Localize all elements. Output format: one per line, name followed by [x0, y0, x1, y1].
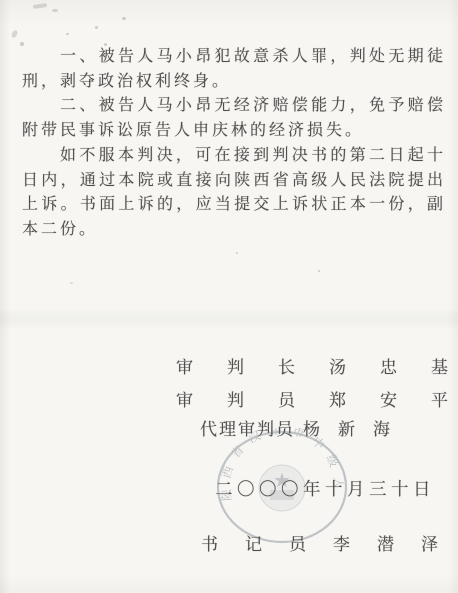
noise-speck: [70, 282, 73, 284]
noise-speck: [236, 252, 238, 254]
judge-name: 汤忠基: [329, 358, 458, 377]
role-label: 代理审判员: [200, 420, 295, 439]
clerk-row: 书记员李潜泽: [201, 530, 438, 555]
judge-name: 郑安平: [329, 391, 458, 410]
signature-row-judge: 审判员郑安平: [176, 386, 448, 411]
noise-speck: [66, 33, 69, 35]
judge-name: 杨新海: [303, 420, 408, 439]
role-label: 书记员: [201, 535, 333, 554]
noise-speck: [122, 17, 126, 20]
noise-speck: [52, 9, 58, 12]
paragraph-appeal-notice: 如不服本判决，可在接到判决书的第二日起十日内，通过本院或直接向陕西省高级人民法院…: [22, 144, 446, 243]
role-label: 审判员: [176, 391, 329, 410]
paragraph-verdict-1: 一、被告人马小昂犯故意杀人罪，判处无期徒刑，剥夺政治权利终身。: [22, 45, 446, 94]
judgment-body: 一、被告人马小昂犯故意杀人罪，判处无期徒刑，剥夺政治权利终身。 二、被告人马小昂…: [22, 45, 446, 243]
signature-row-presiding-judge: 审判长汤忠基: [176, 353, 448, 378]
clerk-name: 李潜泽: [333, 535, 458, 554]
noise-speck: [318, 270, 320, 272]
paragraph-verdict-2: 二、被告人马小昂无经济赔偿能力，免予赔偿附带民事诉讼原告人申庆林的经济损失。: [22, 94, 446, 143]
judgment-date: 二〇〇〇年十月三十日: [215, 476, 435, 501]
signature-row-acting-judge: 代理审判员杨新海: [200, 415, 390, 440]
scanned-judgment-page: ★ 陕西省汉中市中级人民法院 一、被告人马小昂犯故意杀人罪，判处无期徒刑，剥夺政…: [0, 0, 458, 593]
role-label: 审判长: [176, 358, 329, 377]
noise-speck: [11, 29, 19, 38]
noise-speck: [33, 3, 47, 9]
noise-speck: [95, 26, 98, 29]
